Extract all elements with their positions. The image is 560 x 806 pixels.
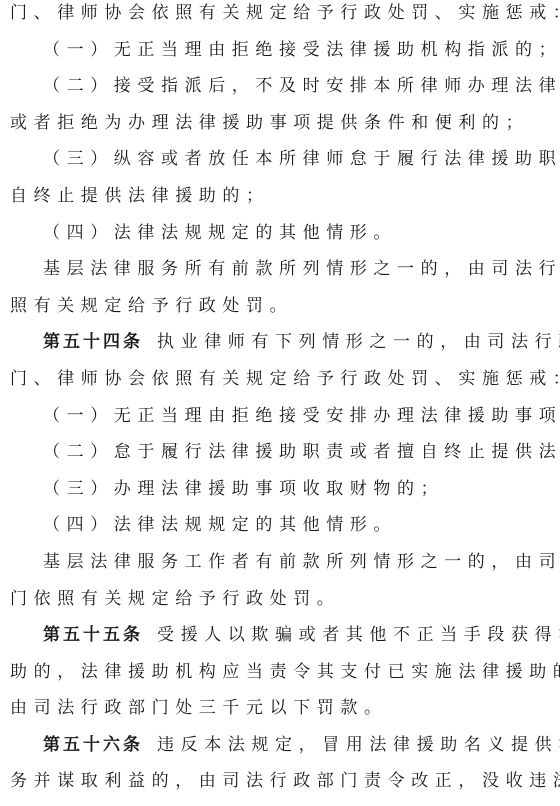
line-text: 务并谋取利益的，由司法行政部门责令改正，没收违法所得，并 [10,771,560,791]
line-text: （一）无正当理由拒绝接受法律援助机构指派的； [43,40,560,60]
line-text: 基层法律服务所有前款所列情形之一的，由司法行政部门依 [43,259,560,279]
article-heading: 第五十六条 [43,735,143,755]
list-item: （四）法律法规规定的其他情形。 [10,215,555,252]
text-line: 或者拒绝为办理法律援助事项提供条件和便利的； [10,105,555,142]
article-54: 第五十四条执业律师有下列情形之一的，由司法行政部 [10,324,555,361]
line-text: 或者拒绝为办理法律援助事项提供条件和便利的； [10,113,529,133]
line-text: 由司法行政部门处三千元以下罚款。 [10,698,388,718]
line-text: （三）纵容或者放任本所律师怠于履行法律援助职责或者擅 [43,149,560,169]
article-55: 第五十五条受援人以欺骗或者其他不正当手段获得法律援 [10,617,555,654]
text-line: 门依照有关规定给予行政处罚。 [10,581,555,618]
list-item: （二）接受指派后，不及时安排本所律师办理法律援助事项 [10,68,555,105]
text-line: 由司法行政部门处三千元以下罚款。 [10,690,555,727]
line-text: 门、律师协会依照有关规定给予行政处罚、实施惩戒： [10,3,560,23]
list-item: （一）无正当理由拒绝接受安排办理法律援助事项的； [10,398,555,435]
text-line: 门、律师协会依照有关规定给予行政处罚、实施惩戒： [10,0,555,32]
paragraph-start: 基层法律服务工作者有前款所列情形之一的，由司法行政部 [10,544,555,581]
line-text: 门、律师协会依照有关规定给予行政处罚、实施惩戒： [10,369,560,389]
line-text: （二）怠于履行法律援助职责或者擅自终止提供法律援助的； [43,442,560,462]
list-item: （一）无正当理由拒绝接受法律援助机构指派的； [10,32,555,69]
line-text: 自终止提供法律援助的； [10,186,270,206]
line-text: （二）接受指派后，不及时安排本所律师办理法律援助事项 [43,76,560,96]
line-text: 受援人以欺骗或者其他不正当手段获得法律援 [157,625,560,645]
line-text: （三）办理法律援助事项收取财物的； [43,479,444,499]
list-item: （三）办理法律援助事项收取财物的； [10,471,555,508]
line-text: 门依照有关规定给予行政处罚。 [10,589,340,609]
line-text: （四）法律法规规定的其他情形。 [43,223,397,243]
text-line: 自终止提供法律援助的； [10,178,555,215]
text-line: 门、律师协会依照有关规定给予行政处罚、实施惩戒： [10,361,555,398]
list-item: （四）法律法规规定的其他情形。 [10,507,555,544]
line-text: 助的，法律援助机构应当责令其支付已实施法律援助的费用，并 [10,662,560,682]
text-line: 助的，法律援助机构应当责令其支付已实施法律援助的费用，并 [10,654,555,691]
text-line: 务并谋取利益的，由司法行政部门责令改正，没收违法所得，并 [10,763,555,800]
line-text: 违反本法规定，冒用法律援助名义提供法律服 [157,735,560,755]
line-text: （一）无正当理由拒绝接受安排办理法律援助事项的； [43,406,560,426]
article-heading: 第五十五条 [43,625,143,645]
line-text: （四）法律法规规定的其他情形。 [43,515,397,535]
line-text: 执业律师有下列情形之一的，由司法行政部 [157,332,560,352]
line-text: 照有关规定给予行政处罚。 [10,296,293,316]
list-item: （三）纵容或者放任本所律师怠于履行法律援助职责或者擅 [10,141,555,178]
document-page: 门、律师协会依照有关规定给予行政处罚、实施惩戒： （一）无正当理由拒绝接受法律援… [10,0,555,800]
article-56: 第五十六条违反本法规定，冒用法律援助名义提供法律服 [10,727,555,764]
paragraph-start: 基层法律服务所有前款所列情形之一的，由司法行政部门依 [10,251,555,288]
list-item: （二）怠于履行法律援助职责或者擅自终止提供法律援助的； [10,434,555,471]
text-line: 照有关规定给予行政处罚。 [10,288,555,325]
line-text: 基层法律服务工作者有前款所列情形之一的，由司法行政部 [43,552,560,572]
article-heading: 第五十四条 [43,332,143,352]
